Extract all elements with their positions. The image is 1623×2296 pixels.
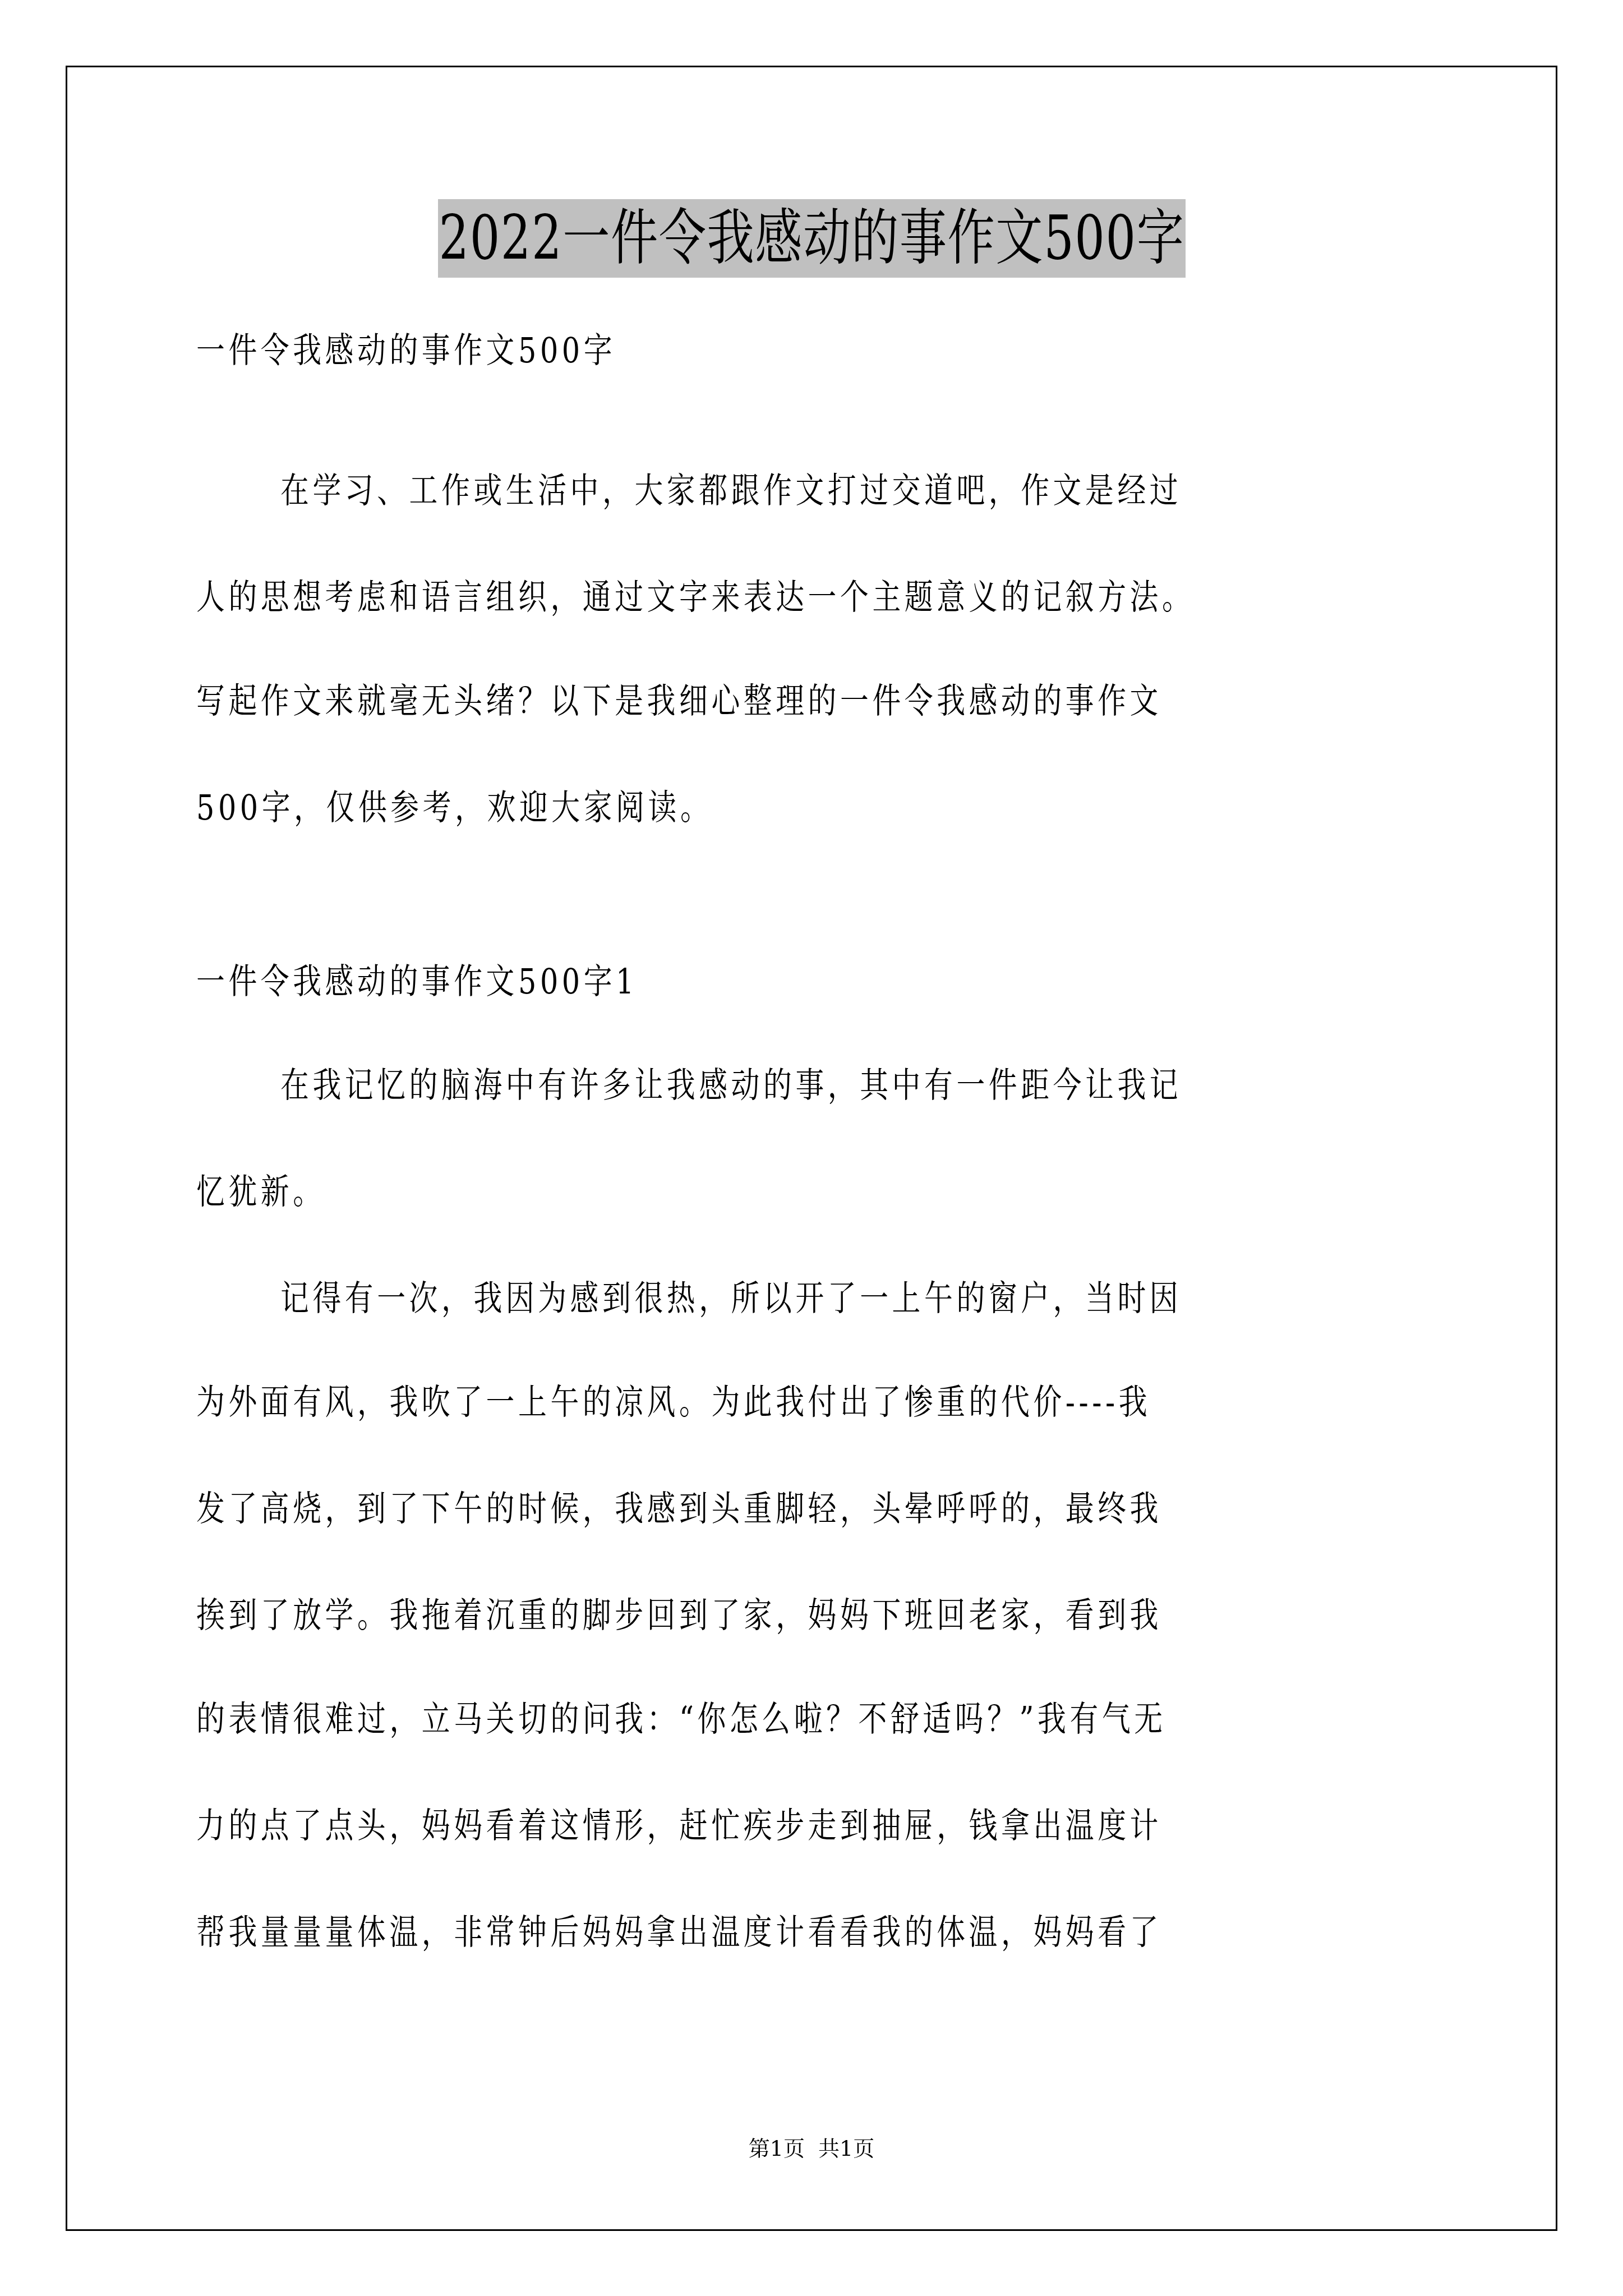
document-title: 2022一件令我感动的事作文500字: [437, 199, 1185, 278]
intro-line: 写起作文来就毫无头绪？以下是我细心整理的一件令我感动的事作文: [196, 679, 1162, 724]
page-border: [66, 66, 1557, 2231]
intro-line: 在学习、工作或生活中，大家都跟作文打过交道吧，作文是经过: [280, 468, 1182, 513]
subtitle: 一件令我感动的事作文500字: [196, 328, 616, 373]
paragraph-line: 力的点了点头，妈妈看着这情形，赶忙疾步走到抽屉，钱拿出温度计: [196, 1803, 1162, 1848]
paragraph-line: 挨到了放学。我拖着沉重的脚步回到了家，妈妈下班回老家，看到我: [196, 1593, 1162, 1638]
paragraph-line: 发了高烧，到了下午的时候，我感到头重脚轻，头晕呼呼的，最终我: [196, 1487, 1162, 1531]
paragraph-line: 记得有一次，我因为感到很热，所以开了一上午的窗户，当时因: [280, 1276, 1182, 1321]
paragraph-line: 的表情很难过，立马关切的问我：“你怎么啦？不舒适吗？”我有气无: [196, 1697, 1166, 1742]
paragraph-line: 帮我量量量体温，非常钟后妈妈拿出温度计看看我的体温，妈妈看了: [196, 1910, 1162, 1955]
intro-line: 人的思想考虑和语言组织，通过文字来表达一个主题意义的记叙方法。: [196, 575, 1194, 620]
title-container: 2022一件令我感动的事作文500字: [0, 199, 1623, 278]
page-number-footer: 第1页 共1页: [0, 2132, 1623, 2165]
paragraph-line: 忆犹新。: [196, 1170, 325, 1214]
section-heading: 一件令我感动的事作文500字1: [196, 959, 638, 1004]
intro-line: 500字，仅供参考，欢迎大家阅读。: [196, 785, 712, 830]
paragraph-line: 为外面有风，我吹了一上午的凉风。为此我付出了惨重的代价----我: [196, 1380, 1151, 1425]
paragraph-line: 在我记忆的脑海中有许多让我感动的事，其中有一件距今让我记: [280, 1063, 1182, 1108]
